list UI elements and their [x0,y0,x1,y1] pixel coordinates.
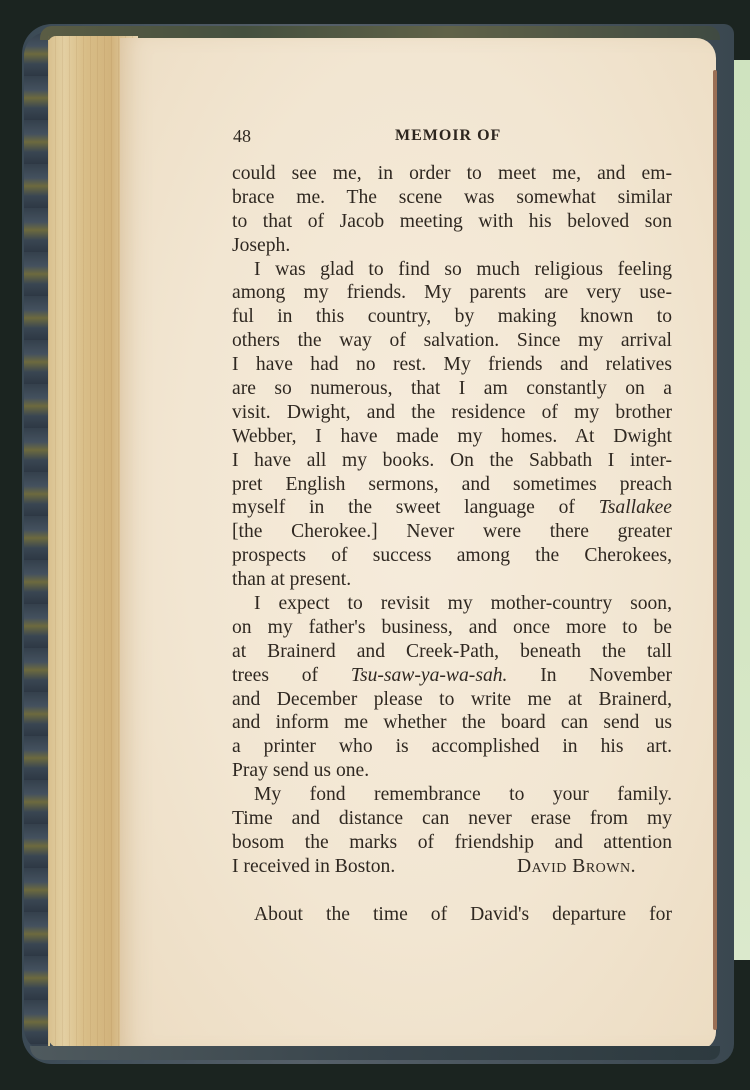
text-line: among my friends. My parents are very us… [232,281,672,305]
text-line: About the time of David's departure for [232,903,672,927]
running-head: MEMOIR OF [395,127,501,145]
paragraph-gap [232,879,672,903]
marbled-cover-edge [24,32,50,1052]
italic-term: Tsu-saw-ya-wa-sah. [351,665,508,686]
body-text: could see me, in order to meet me, and e… [232,162,672,927]
text-line: Webber, I have made my homes. At Dwight [232,425,672,449]
text-line: to that of Jacob meeting with his belove… [232,210,672,234]
cover-bottom-edge [30,1046,720,1060]
text-line: pret English sermons, and sometimes prea… [232,473,672,497]
text-line: brace me. The scene was somewhat similar [232,186,672,210]
text-line: I have had no rest. My friends and relat… [232,353,672,377]
text-line: Time and distance can never erase from m… [232,807,672,831]
text-line: and inform me whether the board can send… [232,711,672,735]
text-line: I was glad to find so much religious fee… [232,258,672,282]
text-line: Joseph. [232,234,672,258]
text-line: at Brainerd and Creek-Path, beneath the … [232,640,672,664]
text-line: bosom the marks of friendship and attent… [232,831,672,855]
text-line: [the Cherokee.] Never were there greater [232,520,672,544]
text-line: could see me, in order to meet me, and e… [232,162,672,186]
text-span: In November [507,665,672,686]
text-line: trees of Tsu-saw-ya-wa-sah. In November [232,664,672,688]
signature-line: I received in Boston. David Brown. [232,855,672,879]
text-line: prospects of success among the Cherokees… [232,544,672,568]
text-line: visit. Dwight, and the residence of my b… [232,401,672,425]
text-line: others the way of salvation. Since my ar… [232,329,672,353]
page-right-edge [713,70,717,1030]
text-line: a printer who is accomplished in his art… [232,735,672,759]
text-line: Pray send us one. [232,759,672,783]
page-number: 48 [233,126,251,147]
closing-text: I received in Boston. [232,855,395,879]
text-line: are so numerous, that I am constantly on… [232,377,672,401]
text-line: My fond remembrance to your family. [232,783,672,807]
text-line: I expect to revisit my mother-country so… [232,592,672,616]
text-line: on my father's business, and once more t… [232,616,672,640]
text-span: myself in the sweet language of [232,497,599,518]
italic-term: Tsallakee [599,497,672,518]
text-line: and December please to write me at Brain… [232,688,672,712]
page-header: 48 MEMOIR OF [233,126,673,148]
text-line: I have all my books. On the Sabbath I in… [232,449,672,473]
text-line: myself in the sweet language of Tsallake… [232,496,672,520]
signature: David Brown. [517,855,636,879]
text-line: ful in this country, by making known to [232,305,672,329]
text-span: trees of [232,665,351,686]
text-line: than at present. [232,568,672,592]
